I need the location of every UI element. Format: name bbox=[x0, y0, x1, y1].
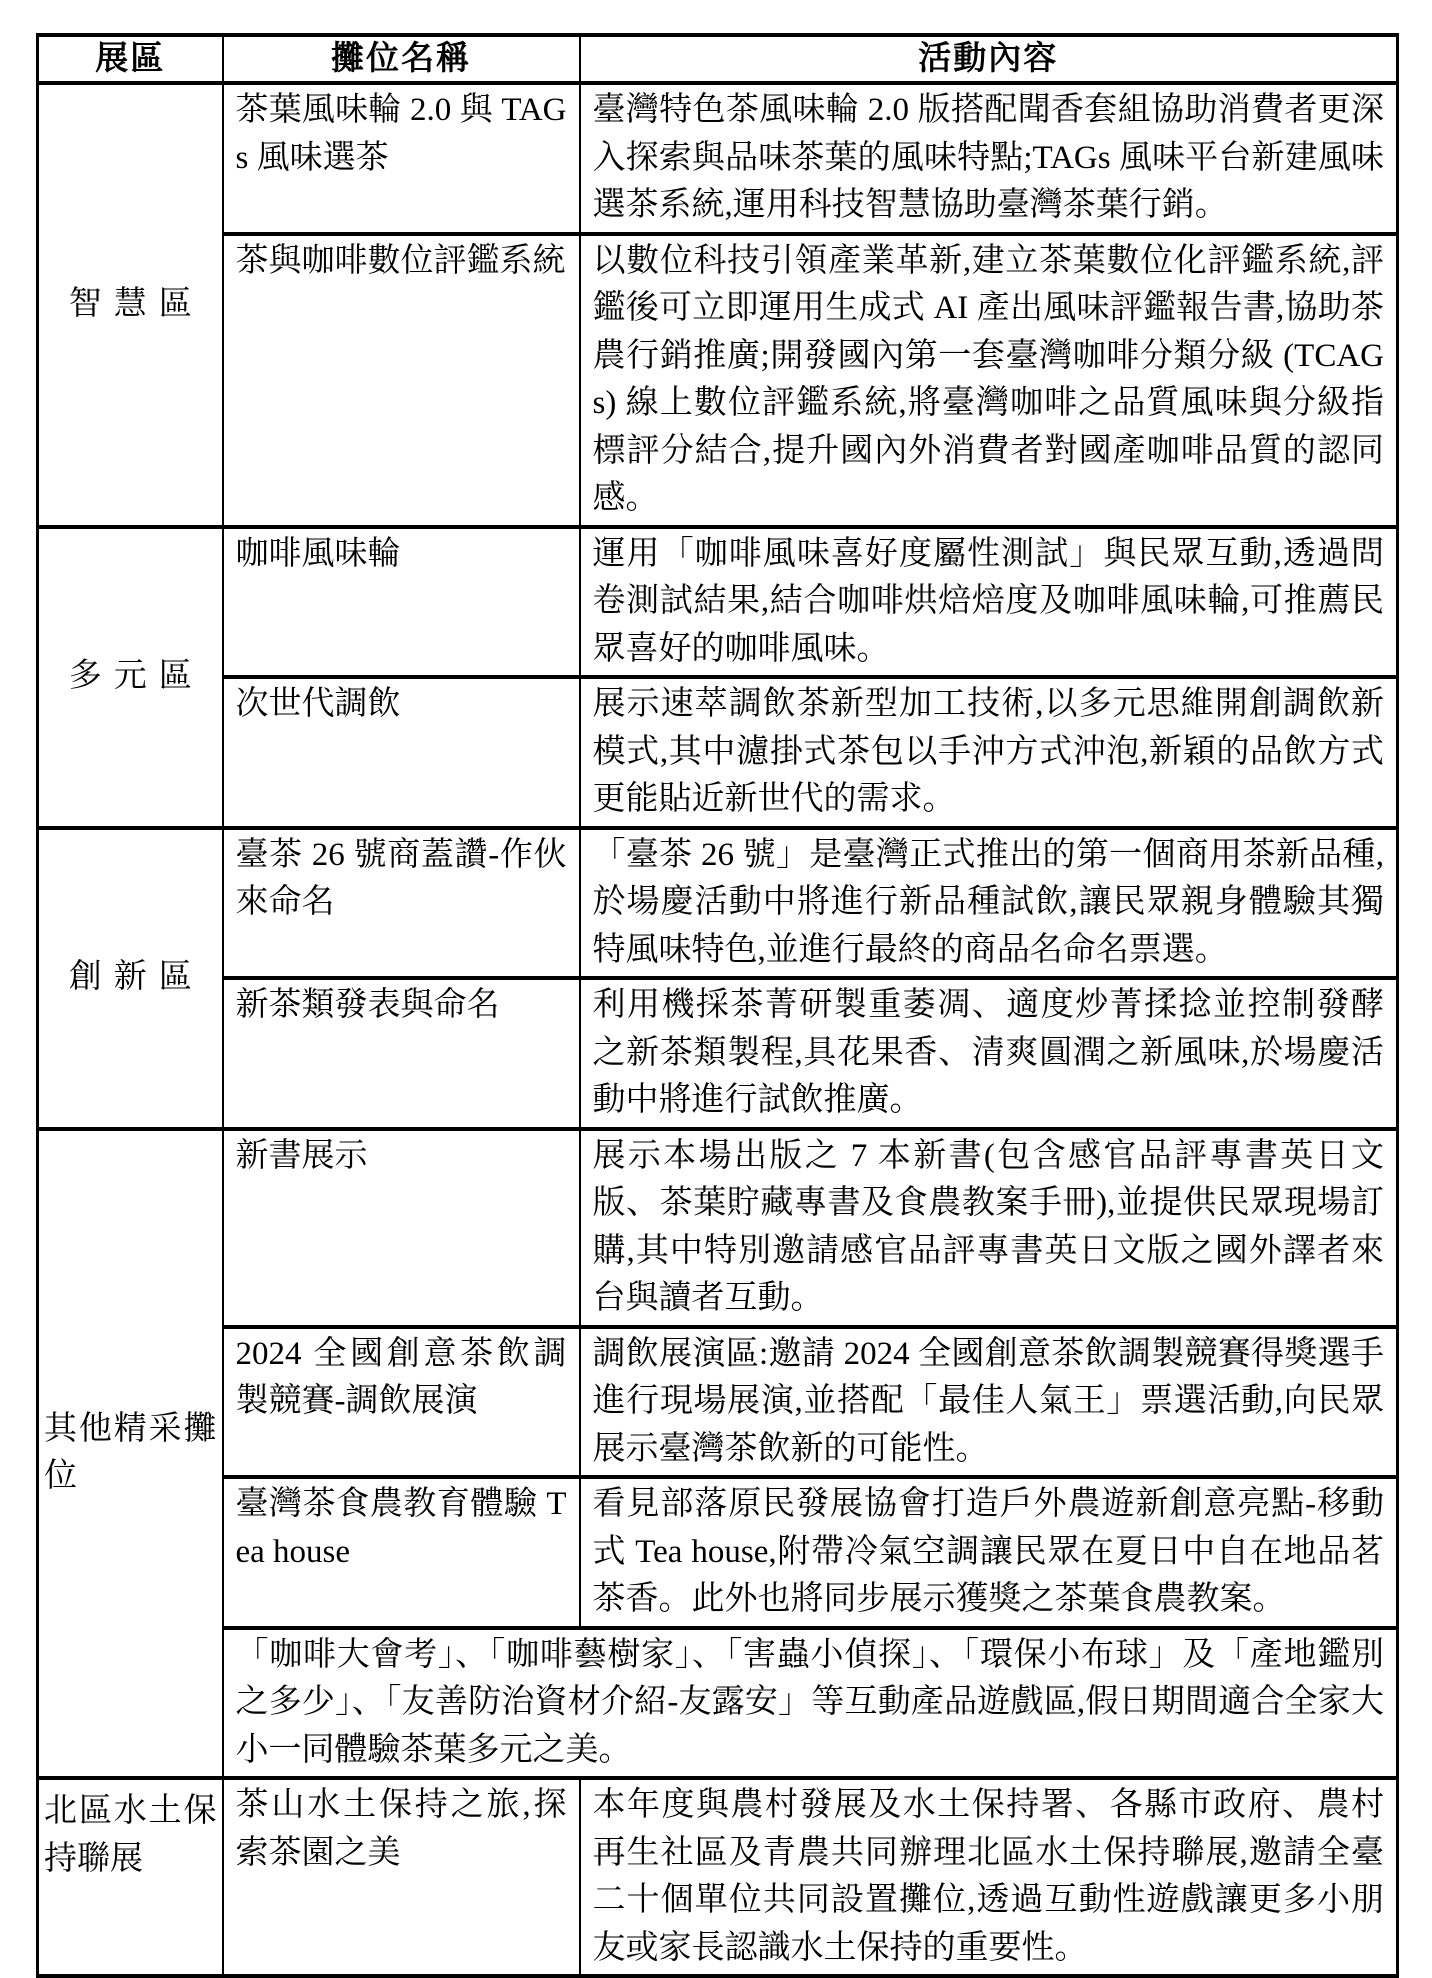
activity-cell: 展示速萃調飲茶新型加工技術,以多元思維開創調飲新模式,其中濾掛式茶包以手沖方式沖… bbox=[580, 677, 1398, 828]
booth-cell: 新書展示 bbox=[223, 1129, 580, 1327]
booth-cell: 茶山水土保持之旅,探索茶園之美 bbox=[223, 1778, 580, 1976]
booth-cell: 臺茶 26 號商蓋讚-作伙來命名 bbox=[223, 828, 580, 979]
booth-cell: 臺灣茶食農教育體驗 Tea house bbox=[223, 1477, 580, 1628]
zone-cell-innovation: 創新區 bbox=[38, 828, 223, 1129]
table-row: 2024 全國創意茶飲調製競賽-調飲展演 調飲展演區:邀請 2024 全國創意茶… bbox=[38, 1327, 1398, 1478]
table-row: 次世代調飲 展示速萃調飲茶新型加工技術,以多元思維開創調飲新模式,其中濾掛式茶包… bbox=[38, 677, 1398, 828]
booth-cell: 茶葉風味輪 2.0 與 TAGs 風味選茶 bbox=[223, 83, 580, 234]
zone-cell-diverse: 多元區 bbox=[38, 527, 223, 828]
activity-cell: 以數位科技引領產業革新,建立茶葉數位化評鑑系統,評鑑後可立即運用生成式 AI 產… bbox=[580, 234, 1398, 527]
booth-cell: 咖啡風味輪 bbox=[223, 527, 580, 678]
column-header-booth: 攤位名稱 bbox=[223, 35, 580, 83]
table-row: 茶與咖啡數位評鑑系統 以數位科技引領產業革新,建立茶葉數位化評鑑系統,評鑑後可立… bbox=[38, 234, 1398, 527]
activity-cell: 臺灣特色茶風味輪 2.0 版搭配聞香套組協助消費者更深入探索與品味茶葉的風味特點… bbox=[580, 83, 1398, 234]
table-row: 多元區 咖啡風味輪 運用「咖啡風味喜好度屬性測試」與民眾互動,透過問卷測試結果,… bbox=[38, 527, 1398, 678]
zone-cell-other-booths: 其他精采攤位 bbox=[38, 1129, 223, 1779]
booth-cell: 次世代調飲 bbox=[223, 677, 580, 828]
table-header-row: 展區 攤位名稱 活動內容 bbox=[38, 35, 1398, 83]
booth-cell: 2024 全國創意茶飲調製競賽-調飲展演 bbox=[223, 1327, 580, 1478]
activity-cell: 利用機採茶菁研製重萎凋、適度炒菁揉捻並控制發酵之新茶類製程,具花果香、清爽圓潤之… bbox=[580, 978, 1398, 1129]
booth-cell: 茶與咖啡數位評鑑系統 bbox=[223, 234, 580, 527]
table-row: 其他精采攤位 新書展示 展示本場出版之 7 本新書(包含感官品評專書英日文版、茶… bbox=[38, 1129, 1398, 1327]
exhibition-booth-table: 展區 攤位名稱 活動內容 智慧區 茶葉風味輪 2.0 與 TAGs 風味選茶 臺… bbox=[36, 33, 1399, 1978]
table-row: 北區水土保持聯展 茶山水土保持之旅,探索茶園之美 本年度與農村發展及水土保持署、… bbox=[38, 1778, 1398, 1976]
column-header-activity: 活動內容 bbox=[580, 35, 1398, 83]
table-row: 智慧區 茶葉風味輪 2.0 與 TAGs 風味選茶 臺灣特色茶風味輪 2.0 版… bbox=[38, 83, 1398, 234]
table-row: 新茶類發表與命名 利用機採茶菁研製重萎凋、適度炒菁揉捻並控制發酵之新茶類製程,具… bbox=[38, 978, 1398, 1129]
zone-cell-soil-water: 北區水土保持聯展 bbox=[38, 1778, 223, 1976]
booth-cell: 新茶類發表與命名 bbox=[223, 978, 580, 1129]
zone-cell-smart: 智慧區 bbox=[38, 83, 223, 527]
table-row: 創新區 臺茶 26 號商蓋讚-作伙來命名 「臺茶 26 號」是臺灣正式推出的第一… bbox=[38, 828, 1398, 979]
activity-cell: 看見部落原民發展協會打造戶外農遊新創意亮點-移動式 Tea house,附帶冷氣… bbox=[580, 1477, 1398, 1628]
table-row: 「咖啡大會考」、「咖啡藝樹家」、「害蟲小偵探」、「環保小布球」及「產地鑑別之多少… bbox=[38, 1628, 1398, 1779]
table-row: 臺灣茶食農教育體驗 Tea house 看見部落原民發展協會打造戶外農遊新創意亮… bbox=[38, 1477, 1398, 1628]
activity-cell: 運用「咖啡風味喜好度屬性測試」與民眾互動,透過問卷測試結果,結合咖啡烘焙焙度及咖… bbox=[580, 527, 1398, 678]
activity-cell: 展示本場出版之 7 本新書(包含感官品評專書英日文版、茶葉貯藏專書及食農教案手冊… bbox=[580, 1129, 1398, 1327]
merged-activity-cell: 「咖啡大會考」、「咖啡藝樹家」、「害蟲小偵探」、「環保小布球」及「產地鑑別之多少… bbox=[223, 1628, 1398, 1779]
activity-cell: 本年度與農村發展及水土保持署、各縣市政府、農村再生社區及青農共同辦理北區水土保持… bbox=[580, 1778, 1398, 1976]
column-header-zone: 展區 bbox=[38, 35, 223, 83]
activity-cell: 「臺茶 26 號」是臺灣正式推出的第一個商用茶新品種,於場慶活動中將進行新品種試… bbox=[580, 828, 1398, 979]
activity-cell: 調飲展演區:邀請 2024 全國創意茶飲調製競賽得獎選手進行現場展演,並搭配「最… bbox=[580, 1327, 1398, 1478]
